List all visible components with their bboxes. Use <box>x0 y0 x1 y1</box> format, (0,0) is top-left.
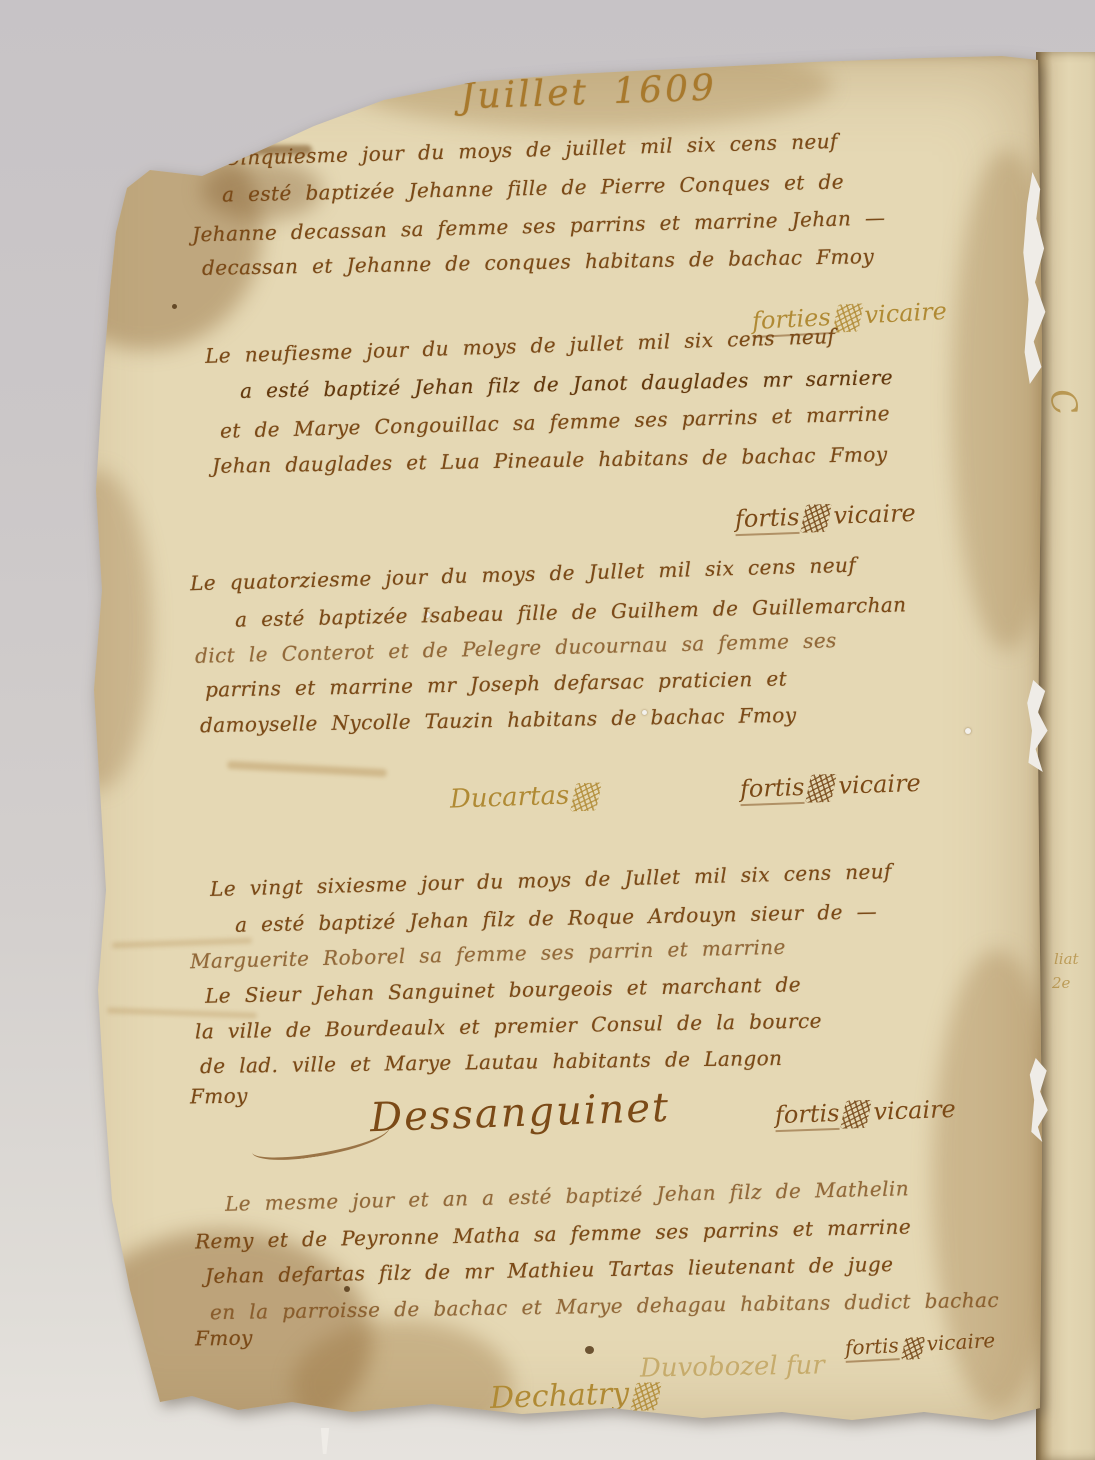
vicar-signature: fortisvicaire <box>735 499 917 535</box>
manuscript-text-line: damoyselle Nycolle Tauzin habitans de ba… <box>200 703 797 737</box>
manuscript-text-line: a esté baptizé Jehan filz de Janot daugl… <box>240 365 893 403</box>
ink-speck <box>585 1346 594 1354</box>
manuscript-text-line: decassan et Jehanne de conques habitans … <box>202 244 874 280</box>
witness-signature-name: Ducartas <box>450 781 570 815</box>
stain <box>42 470 152 790</box>
vicar-signature-name: fortis <box>735 503 800 536</box>
paraph-flourish-icon <box>832 303 863 333</box>
worm-hole <box>965 728 971 734</box>
vicar-signature-title: vicaire <box>838 769 921 800</box>
manuscript-text-line: Remy et de Peyronne Matha sa femme ses p… <box>195 1215 911 1254</box>
ink-speck <box>172 304 177 309</box>
manuscript-text-line: a esté baptizée Jehanne fille de Pierre … <box>222 169 844 206</box>
vicar-signature-name: fortis <box>775 1099 840 1132</box>
manuscript-text-line: Le mesme jour et an a esté baptizé Jehan… <box>225 1176 909 1216</box>
manuscript-text-line: la ville de Bourdeaulx et premier Consul… <box>195 1009 822 1044</box>
vicar-signature: fortisvicaire <box>740 769 922 805</box>
manuscript-page: Juillet 1609 Le Cinquiesme jour du moys … <box>52 50 1044 1442</box>
manuscript-text-line: Jehan dauglades et Lua Pineaule habitans… <box>212 442 888 478</box>
manuscript-text-line: Fmoy <box>190 1084 248 1109</box>
faded-signature: Duvobozel fur <box>640 1350 825 1383</box>
paraph-flourish-icon <box>630 1382 662 1411</box>
paraph-flourish-icon <box>901 1337 925 1360</box>
manuscript-text-line: Jehan defartas filz de mr Mathieu Tartas… <box>205 1252 894 1288</box>
vicar-signature-title: vicaire <box>873 1095 956 1126</box>
manuscript-text-line: Le vingt sixiesme jour du moys de Jullet… <box>210 859 892 901</box>
bleed-through-stroke <box>227 761 387 777</box>
witness-signature-name: Dessanguinet <box>369 1085 671 1141</box>
vicar-signature: fortisvicaire <box>775 1095 957 1131</box>
vicar-signature-title: vicaire <box>864 297 948 329</box>
page-title: Juillet 1609 <box>459 68 717 118</box>
manuscript-text-line: dict le Conterot et de Pelegre ducournau… <box>195 628 837 668</box>
vicar-signature: fortisvicaire <box>844 1328 996 1363</box>
manuscript-text-line: Le Sieur Jehan Sanguinet bourgeois et ma… <box>205 972 801 1007</box>
stain <box>292 1320 512 1450</box>
bleed-through-stroke <box>107 1007 257 1018</box>
faded-signature-name: Duvobozel fur <box>640 1350 825 1383</box>
manuscript-text-line: Le Cinquiesme jour du moys de juillet mi… <box>185 129 838 171</box>
facing-page-text-fragment: C <box>1041 385 1086 419</box>
manuscript-text-line: de lad. ville et Marye Lautau habitants … <box>200 1046 783 1078</box>
manuscript-text-line: a esté baptizé Jehan filz de Roque Ardou… <box>235 899 877 936</box>
manuscript-text-line: Marguerite Roborel sa femme ses parrin e… <box>190 935 786 974</box>
facing-page-text-fragment: liat <box>1054 950 1079 968</box>
manuscript-text-line: Jehanne decassan sa femme ses parrins et… <box>192 206 886 247</box>
bleed-through-stroke <box>112 938 252 949</box>
witness-signature: Ducartas <box>450 779 604 815</box>
manuscript-text-line: Le quatorziesme jour du moys de Jullet m… <box>190 553 857 596</box>
vicar-signature-title: vicaire <box>833 499 916 530</box>
paraph-flourish-icon <box>570 782 602 811</box>
paraph-flourish-icon <box>806 774 838 803</box>
priest-signature: Dechatry <box>489 1375 663 1416</box>
paraph-flourish-icon <box>841 1100 873 1129</box>
witness-signature: Dessanguinet <box>369 1085 671 1141</box>
manuscript-text-line: a esté baptizée Isabeau fille de Guilhem… <box>235 592 907 631</box>
manuscript-text-line: parrins et marrine mr Joseph defarsac pr… <box>205 666 787 701</box>
facing-page-text-fragment: 2e <box>1052 974 1070 992</box>
vicar-signature-name: fortis <box>844 1333 899 1363</box>
priest-signature-name: Dechatry <box>489 1376 629 1416</box>
ink-speck <box>344 1286 350 1292</box>
parchment-sheet: Juillet 1609 Le Cinquiesme jour du moys … <box>52 50 1044 1442</box>
facing-page-edge: C liat 2e <box>1036 52 1095 1460</box>
paraph-flourish-icon <box>801 504 833 533</box>
vicar-signature-title: vicaire <box>926 1328 996 1356</box>
manuscript-text-line: Fmoy <box>195 1326 253 1351</box>
manuscript-text-line: Le neufiesme jour du moys de jullet mil … <box>205 324 836 368</box>
manuscript-text-line: et de Marye Congouillac sa femme ses par… <box>220 401 890 443</box>
vicar-signature-name: fortis <box>740 773 805 806</box>
manuscript-text-line: en la parroisse de bachac et Marye dehag… <box>210 1288 999 1324</box>
